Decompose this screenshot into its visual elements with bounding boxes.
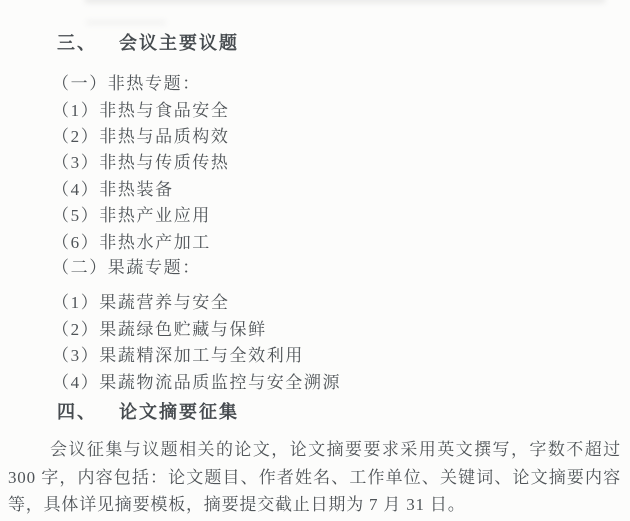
topic-1-label: （一）非热专题： <box>52 69 201 94</box>
list-item: （4）果蔬物流品质监控与安全溯源 <box>52 368 341 393</box>
section-4-title: 论文摘要征集 <box>119 402 239 422</box>
section-4-number: 四、 <box>57 402 97 422</box>
list-item: （2）非热与品质构效 <box>52 122 230 147</box>
list-item: （5）非热产业应用 <box>52 201 211 226</box>
section-4-heading: 四、论文摘要征集 <box>57 398 239 424</box>
list-item: （2）果蔬绿色贮藏与保鲜 <box>52 315 267 340</box>
list-item: （4）非热装备 <box>52 175 174 200</box>
section-3-title: 会议主要议题 <box>119 33 239 53</box>
list-item: （1）非热与食品安全 <box>52 96 230 121</box>
list-item: （3）非热与传质传热 <box>52 148 230 173</box>
scan-artifact-smudge <box>86 20 166 25</box>
section-3-heading: 三、会议主要议题 <box>57 29 239 55</box>
list-item: （6）非热水产加工 <box>52 228 211 253</box>
list-item: （3）果蔬精深加工与全效利用 <box>52 341 304 366</box>
list-item: （1）果蔬营养与安全 <box>52 288 230 313</box>
scan-artifact-top <box>85 0 605 3</box>
document-page: 三、会议主要议题 （一）非热专题： （1）非热与食品安全 （2）非热与品质构效 … <box>0 0 630 521</box>
topic-2-label: （二）果蔬专题： <box>52 253 201 278</box>
abstract-call-paragraph: 会议征集与议题相关的论文，论文摘要要求采用英文撰写，字数不超过 300 字，内容… <box>8 436 621 519</box>
section-3-number: 三、 <box>57 33 97 53</box>
